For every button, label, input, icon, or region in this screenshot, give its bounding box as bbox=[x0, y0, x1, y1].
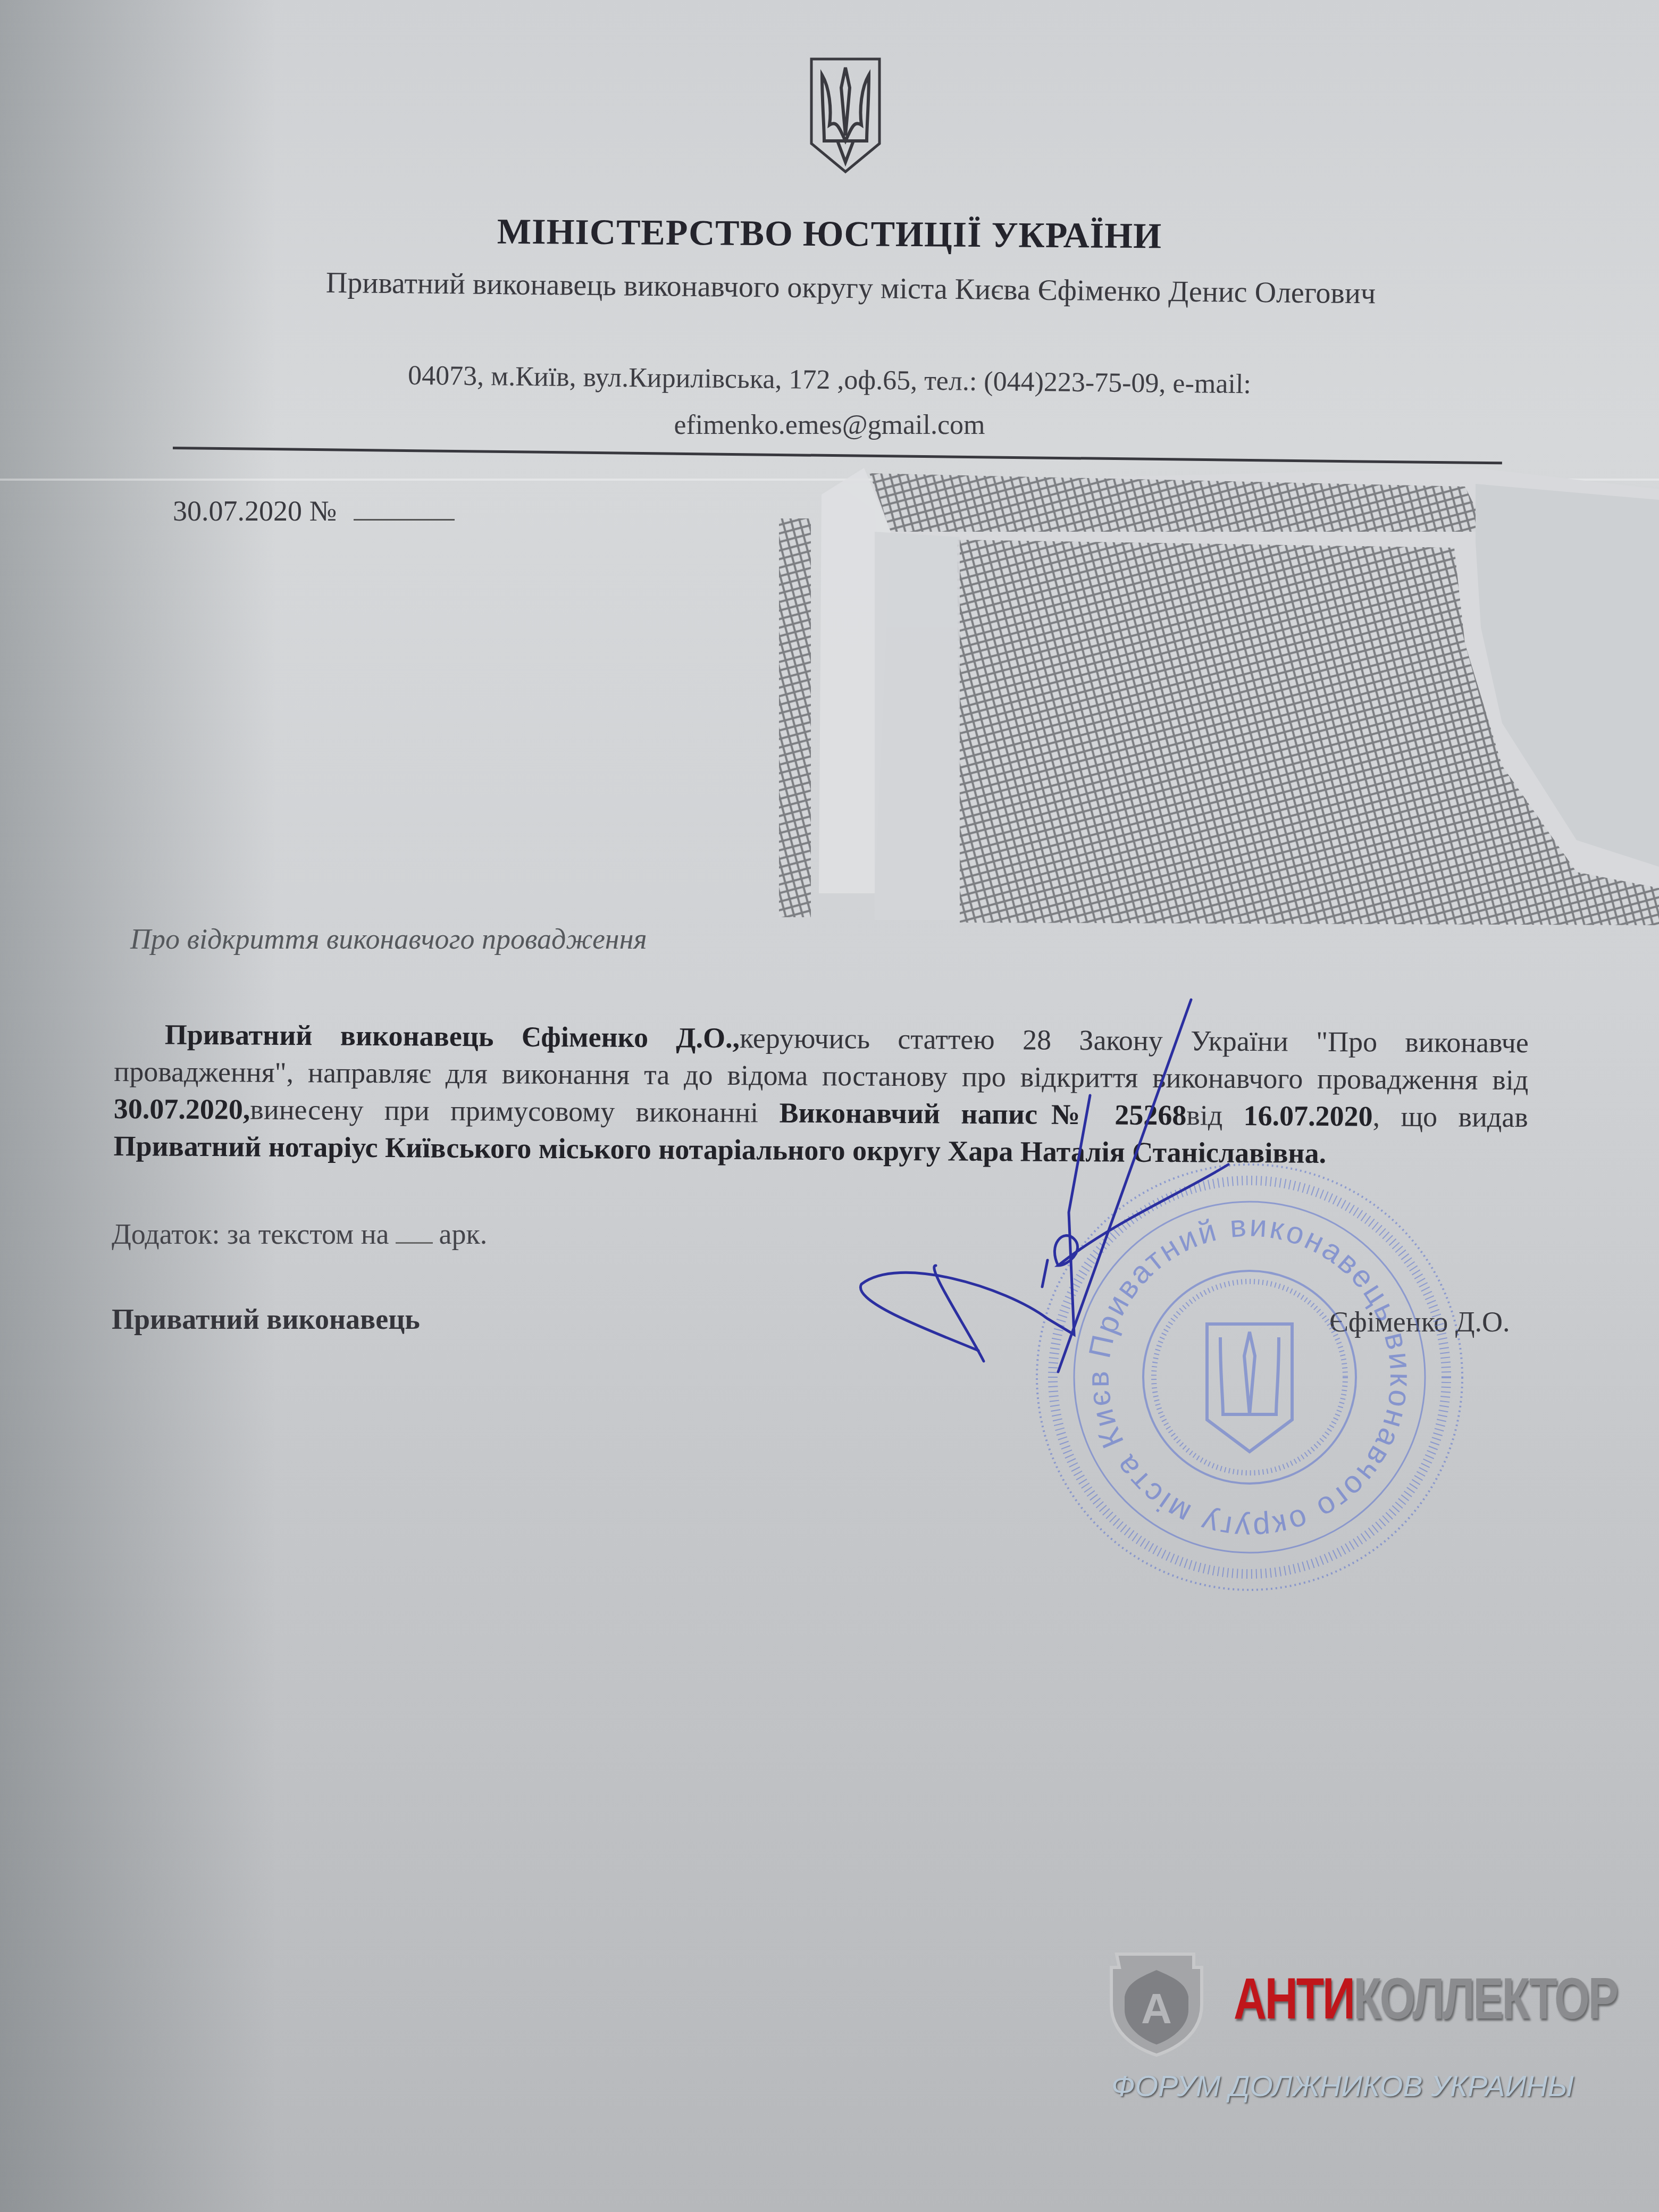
subject-line: Про відкриття виконавчого провадження bbox=[130, 923, 647, 956]
body-text-2: винесену при примусовому виконанні bbox=[250, 1094, 780, 1129]
number-blank bbox=[354, 519, 455, 521]
trident-coat-of-arms-icon bbox=[808, 56, 883, 175]
executor-name-bold: Приватний виконавець Єфіменко Д.О., bbox=[165, 1019, 740, 1054]
attachment-line: Додаток: за текстом наарк. bbox=[112, 1218, 487, 1251]
shield-letter: A bbox=[1141, 1985, 1172, 2032]
watermark-title-grey: КОЛЛЕКТОР bbox=[1354, 1966, 1617, 2031]
attachment-label: Додаток: за текстом на bbox=[112, 1218, 389, 1250]
signatory-role: Приватний виконавець bbox=[112, 1303, 420, 1336]
number-sign: № bbox=[309, 495, 337, 527]
watermark-title: АНТИКОЛЛЕКТОР bbox=[1234, 1965, 1617, 2032]
document-date: 30.07.2020 № bbox=[173, 495, 455, 527]
shield-icon: A bbox=[1106, 1946, 1207, 2058]
email-line: efimenko.emes@gmail.com bbox=[298, 409, 1361, 441]
body-text-4: , що видав bbox=[1373, 1100, 1529, 1133]
attachment-unit: арк. bbox=[439, 1218, 488, 1250]
attachment-blank bbox=[396, 1242, 433, 1244]
watermark-logo: A АНТИКОЛЛЕКТОР ФОРУМ ДОЛЖНИКОВ УКРАИНЫ bbox=[1106, 1935, 1611, 2106]
watermark-subtitle: ФОРУМ ДОЛЖНИКОВ УКРАИНЫ bbox=[1111, 2068, 1574, 2103]
proceeding-date: 30.07.2020, bbox=[114, 1093, 250, 1126]
date-value: 30.07.2020 bbox=[173, 495, 302, 527]
handwritten-signature bbox=[845, 989, 1271, 1414]
watermark-title-red: АНТИ bbox=[1234, 1966, 1354, 2031]
body-paragraph: Приватний виконавець Єфіменко Д.О.,керую… bbox=[113, 1016, 1529, 1173]
envelope-security-patch bbox=[768, 468, 1659, 925]
